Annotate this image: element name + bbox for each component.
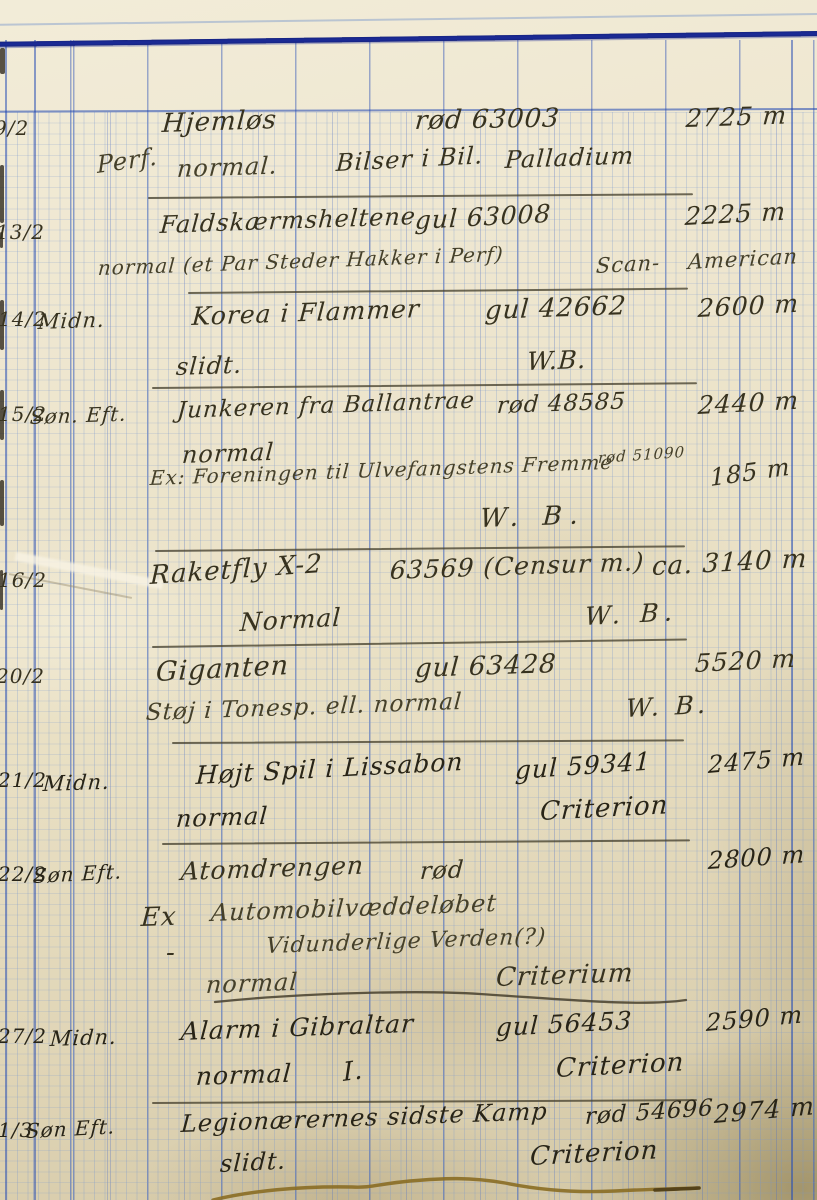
condition-note: Perf. [97,144,159,177]
film-title: Giganten [155,652,289,686]
entry-separator [162,839,690,845]
page-edge-mark [0,165,4,223]
distributor: Criterium [495,960,634,991]
condition-note: normal (et Par Steder Hakker i Perf) [97,244,504,278]
film-title: Raketfly X-2 [150,551,324,589]
session-label: Midn. [49,1027,117,1050]
entry-date: 27/2 [0,1026,47,1046]
reel-number: gul 56453 [495,1008,633,1040]
entry-date: 16/2 [0,570,47,590]
distributor: Scan- [595,253,660,277]
brown-curve-line-end [655,1188,699,1190]
film-title: Junkeren fra Ballantrae [176,390,476,423]
entry-date: 20/2 [0,666,45,686]
page-edge-mark [0,480,4,526]
ditto-dash: - [166,940,176,966]
reel-number: rød 48585 [496,390,627,418]
reel-number: rød 54696 [585,1097,715,1129]
entry-separator [152,639,687,649]
distributor: American [687,246,798,273]
film-length: 2440 m [697,388,799,418]
top-navy-rule [0,31,817,46]
extra-reel-number: rød 51090 [598,445,686,466]
session-label: Midn. [42,772,110,795]
reel-number: gul 42662 [484,293,627,324]
condition-note: slidt. [175,353,243,379]
reel-number: 63569 (Censur m.) [389,549,645,583]
distributor: Criterion [539,792,669,825]
distributor: Criterion [529,1137,659,1170]
entry-date: 9/2 [0,118,29,138]
entry-separator [148,193,693,199]
header-grid [0,40,817,112]
reel-number: gul 63428 [414,651,557,682]
extra-film-title: Automobilvæddeløbet [210,891,498,925]
extra-film-length: 185 m [710,455,791,490]
film-length: 2590 m [706,1002,804,1035]
distributor: Criterion [555,1049,685,1082]
film-length: 5520 m [694,646,796,676]
extra-note: Bilser i Bil. [335,143,484,175]
film-length: 2600 m [697,291,799,321]
condition-note: Normal [239,605,342,635]
reel-number: gul 59341 [515,748,652,783]
distributor: W. B. [625,692,710,721]
brown-curve-line [213,1179,697,1200]
film-length: 2800 m [708,842,806,873]
film-length: 2475 m [708,744,806,777]
entry-date: 21/2 [0,770,47,790]
pen-mark: I. [343,1057,364,1086]
reel-number: rød 63003 [414,105,561,134]
film-length: 2974 m [714,1093,815,1127]
top-thin-rule [0,13,817,25]
distributor: Palladium [504,143,635,172]
entry-separator [172,739,684,744]
film-title: Hjemløs [161,107,278,137]
session-label: Midn. [37,310,105,333]
film-title: Atomdrengen [180,853,365,884]
condition-note: normal [205,970,299,997]
condition-note: normal [175,804,269,831]
distributor: W. B. [479,502,587,532]
session-label: Søn Eft. [32,861,122,886]
extra-marker: Ex [140,904,177,931]
film-length: 2225 m [684,199,786,229]
film-title: Legionærernes sidste Kamp [180,1099,548,1136]
film-title: Korea i Flammer [191,296,421,329]
condition-note: normal [195,1061,292,1089]
session-label: Søn. Eft. [29,404,127,427]
ledger-page: 9/2 Hjemløs rød 63003 2725 m Perf. norma… [0,0,817,1200]
condition-note: slidt. [219,1148,286,1176]
reel-number: gul 63008 [414,201,552,233]
film-length: 2725 m [685,102,788,131]
film-title: Faldskærmsheltene [159,204,417,237]
session-label: Søn Eft. [25,1116,115,1141]
distributor: W.B. [526,347,587,374]
film-length: ca. 3140 m [651,546,808,580]
film-title: Alarm i Gibraltar [180,1011,415,1044]
reel-number: rød [419,857,465,883]
film-title: Højt Spil i Lissabon [195,749,464,788]
condition-note: normal. [176,153,278,181]
entry-date: 13/2 [0,222,45,242]
distributor: W. B. [584,599,679,629]
extra-film-title: Vidunderlige Verden(?) [265,926,547,958]
condition-note: Støj i Tonesp. ell. normal [145,691,463,725]
page-edge-mark [0,48,5,74]
